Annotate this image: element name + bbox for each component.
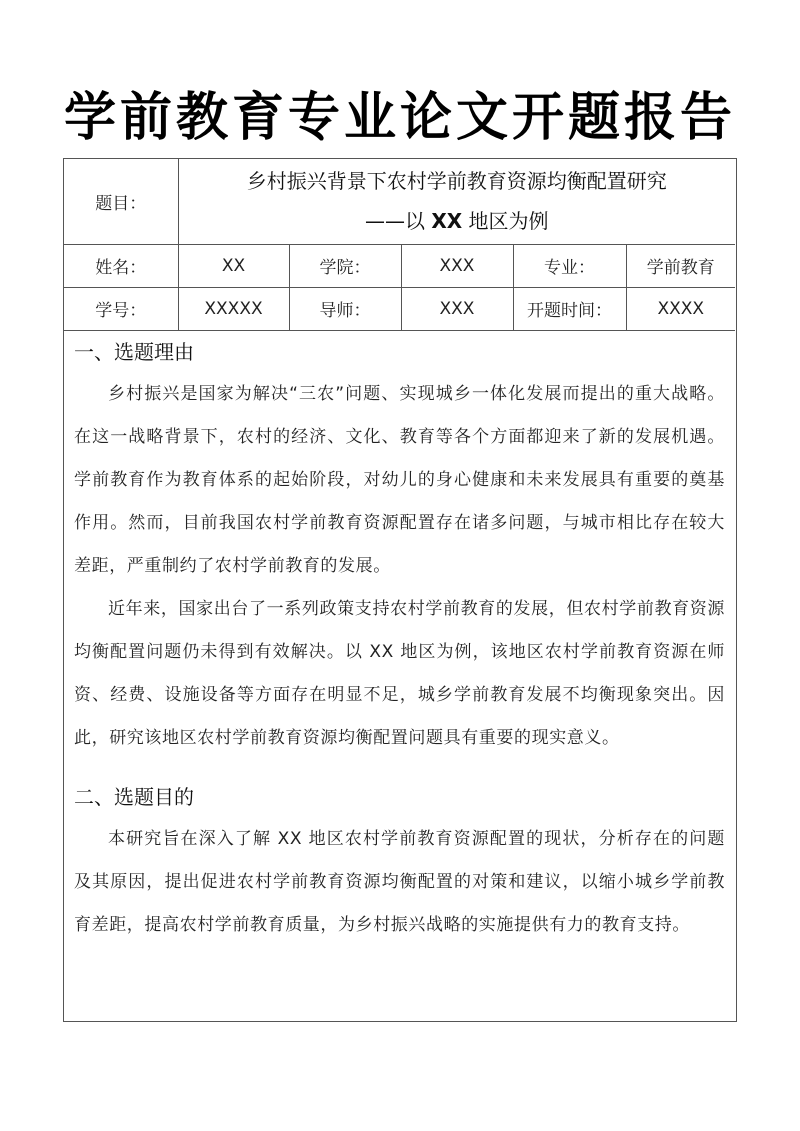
document-title: 学前教育专业论文开题报告 — [60, 86, 740, 150]
topic-row: 题目： 乡村振兴背景下农村学前教育资源均衡配置研究 ——以 XX 地区为例 — [64, 159, 735, 244]
section-heading-purpose: 二、选题目的 — [74, 782, 725, 812]
name-value: XX — [178, 244, 289, 287]
topic-region-placeholder: XX — [431, 209, 462, 233]
topic-dash: ——以 — [365, 209, 431, 233]
name-label: 姓名： — [64, 244, 178, 287]
proposal-date-value: XXXX — [626, 287, 735, 330]
info-row-2: 学号： XXXXX 导师： XXX 开题时间： XXXX — [64, 287, 735, 330]
content-area: 一、选题理由 乡村振兴是国家为解决“三农”问题、实现城乡一体化发展而提出的重大战… — [64, 331, 735, 947]
info-row-1: 姓名： XX 学院： XXX 专业： 学前教育 — [64, 244, 735, 287]
topic-title-line1: 乡村振兴背景下农村学前教育资源均衡配置研究 — [179, 161, 736, 201]
college-value: XXX — [401, 244, 513, 287]
advisor-value: XXX — [401, 287, 513, 330]
topic-suffix: 地区为例 — [462, 209, 548, 233]
purpose-paragraph-1: 本研究旨在深入了解 XX 地区农村学前教育资源配置的现状，分析存在的问题及其原因… — [74, 818, 725, 947]
advisor-label: 导师： — [289, 287, 401, 330]
section-heading-reason: 一、选题理由 — [74, 337, 725, 367]
major-value: 学前教育 — [626, 244, 735, 287]
reason-paragraph-1: 乡村振兴是国家为解决“三农”问题、实现城乡一体化发展而提出的重大战略。在这一战略… — [74, 373, 725, 588]
proposal-date-label: 开题时间： — [513, 287, 626, 330]
proposal-form: 题目： 乡村振兴背景下农村学前教育资源均衡配置研究 ——以 XX 地区为例 姓名… — [63, 158, 737, 1022]
student-id-value: XXXXX — [178, 287, 289, 330]
info-table: 题目： 乡村振兴背景下农村学前教育资源均衡配置研究 ——以 XX 地区为例 姓名… — [64, 159, 735, 331]
topic-label: 题目： — [64, 159, 178, 244]
college-label: 学院： — [289, 244, 401, 287]
section-spacer — [74, 760, 725, 776]
reason-paragraph-2: 近年来，国家出台了一系列政策支持农村学前教育的发展，但农村学前教育资源均衡配置问… — [74, 588, 725, 760]
student-id-label: 学号： — [64, 287, 178, 330]
topic-cell: 乡村振兴背景下农村学前教育资源均衡配置研究 ——以 XX 地区为例 — [178, 159, 735, 244]
topic-title-line2: ——以 XX 地区为例 — [179, 201, 736, 241]
major-label: 专业： — [513, 244, 626, 287]
